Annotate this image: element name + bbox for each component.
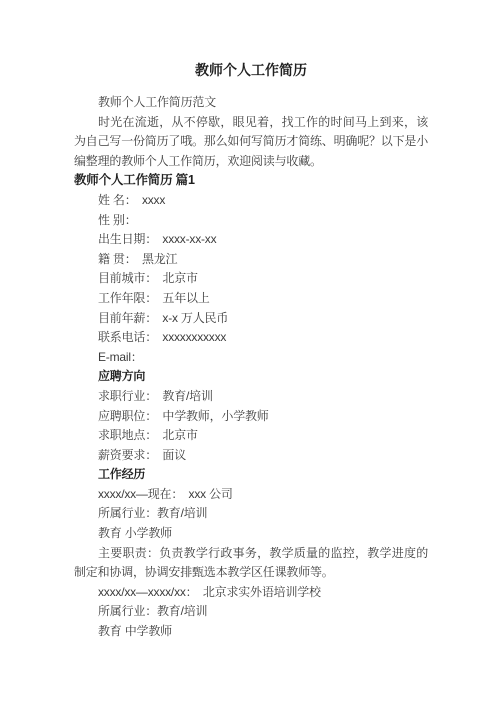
job1-industry: 所属行业：教育/培训 — [74, 504, 428, 524]
field-value: x-x 万人民币 — [162, 311, 228, 325]
document-page: 教师个人工作简历 教师个人工作简历范文 时光在流逝，从不停歇，眼见着，找工作的时… — [0, 0, 500, 707]
field-row-salary-requirement: 薪资要求：面议 — [74, 446, 428, 466]
field-label: 求职地点： — [98, 428, 157, 442]
job1-period-row: xxxx/xx—现在：xxx 公司 — [74, 485, 428, 505]
job2-industry: 所属行业：教育/培训 — [74, 602, 428, 622]
field-row-email: E-mail： — [74, 348, 428, 368]
field-row-salary: 目前年薪：x-x 万人民币 — [74, 309, 428, 329]
field-label: 应聘职位： — [98, 409, 157, 423]
job-company: 北京求实外语培训学校 — [203, 585, 321, 599]
field-row-hometown: 籍 贯：黑龙江 — [74, 250, 428, 270]
field-row-phone: 联系电话：xxxxxxxxxxx — [74, 328, 428, 348]
job-period-label: xxxx/xx—xxxx/xx： — [98, 585, 197, 599]
field-value: 五年以上 — [162, 291, 209, 305]
field-label: 目前城市： — [98, 271, 157, 285]
doc-subtitle: 教师个人工作简历范文 — [74, 93, 428, 113]
field-row-target-industry: 求职行业：教育/培训 — [74, 387, 428, 407]
field-label: 薪资要求： — [98, 448, 157, 462]
field-row-gender: 性 别： — [74, 211, 428, 231]
field-value: 教育/培训 — [162, 389, 212, 403]
field-row-name: 姓 名：xxxx — [74, 191, 428, 211]
field-label: 姓 名： — [98, 193, 137, 207]
job2-role: 教育 中学教师 — [74, 622, 428, 642]
field-row-experience-years: 工作年限：五年以上 — [74, 289, 428, 309]
field-value: 中学教师，小学教师 — [162, 409, 268, 423]
job-company: xxx 公司 — [189, 487, 233, 501]
field-label: 工作年限： — [98, 291, 157, 305]
field-label: 性 别： — [98, 213, 137, 227]
doc-title: 教师个人工作简历 — [74, 60, 428, 80]
section-heading: 教师个人工作简历 篇1 — [74, 171, 428, 191]
field-label: 目前年薪： — [98, 311, 157, 325]
field-value: 北京市 — [162, 271, 197, 285]
field-value: xxxx-xx-xx — [162, 232, 216, 246]
field-row-target-position: 应聘职位：中学教师，小学教师 — [74, 407, 428, 427]
job1-role: 教育 小学教师 — [74, 524, 428, 544]
field-label: 联系电话： — [98, 330, 157, 344]
field-value: xxxx — [142, 193, 165, 207]
field-value: 北京市 — [162, 428, 197, 442]
field-value: xxxxxxxxxxx — [162, 330, 226, 344]
intro-paragraph: 时光在流逝，从不停歇，眼见着，找工作的时间马上到来，该为自己写一份简历了哦。那么… — [74, 113, 428, 172]
field-label: E-mail： — [98, 350, 143, 364]
work-heading: 工作经历 — [74, 465, 428, 485]
field-label: 籍 贯： — [98, 252, 137, 266]
application-heading: 应聘方向 — [74, 367, 428, 387]
field-label: 出生日期： — [98, 232, 157, 246]
field-row-target-location: 求职地点：北京市 — [74, 426, 428, 446]
field-value: 黑龙江 — [142, 252, 177, 266]
job2-period-row: xxxx/xx—xxxx/xx：北京求实外语培训学校 — [74, 583, 428, 603]
field-row-city: 目前城市：北京市 — [74, 269, 428, 289]
field-row-birthdate: 出生日期：xxxx-xx-xx — [74, 230, 428, 250]
field-value: 面议 — [162, 448, 186, 462]
job1-duties: 主要职责：负责教学行政事务，教学质量的监控，教学进度的制定和协调，协调安排甄选本… — [74, 544, 428, 583]
field-label: 求职行业： — [98, 389, 157, 403]
job-period-label: xxxx/xx—现在： — [98, 487, 183, 501]
